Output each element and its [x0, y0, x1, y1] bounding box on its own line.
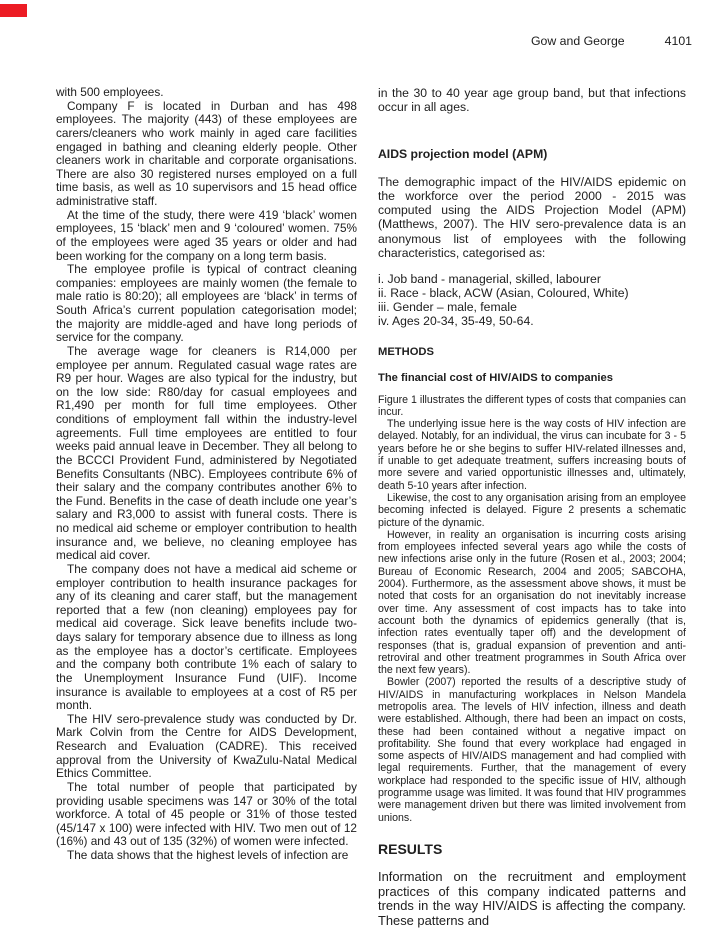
paragraph: However, in reality an organisation is i… [378, 529, 686, 677]
list-item: ii. Race - black, ACW (Asian, Coloured, … [378, 286, 686, 300]
running-header: Gow and George4101 [531, 34, 692, 48]
right-column: in the 30 to 40 year age group band, but… [378, 86, 686, 929]
paragraph: Bowler (2007) reported the results of a … [378, 676, 686, 824]
list-item: iii. Gender – male, female [378, 300, 686, 314]
paragraph: in the 30 to 40 year age group band, but… [378, 86, 686, 114]
paragraph: At the time of the study, there were 419… [56, 209, 357, 264]
paragraph: The HIV sero-prevalence study was conduc… [56, 713, 357, 781]
header-authors: Gow and George [531, 34, 625, 48]
paragraph: The employee profile is typical of contr… [56, 263, 357, 345]
paragraph: Figure 1 illustrates the different types… [378, 394, 686, 419]
section-subheading-financial-cost: The financial cost of HIV/AIDS to compan… [378, 372, 686, 385]
section-heading-results: RESULTS [378, 842, 686, 857]
list-item: iv. Ages 20-34, 35-49, 50-64. [378, 314, 686, 328]
paragraph: The total number of people that particip… [56, 781, 357, 849]
paragraph: The company does not have a medical aid … [56, 563, 357, 713]
paragraph: The data shows that the highest levels o… [56, 849, 357, 863]
section-heading-aids-projection-model: AIDS projection model (APM) [378, 147, 686, 161]
left-column: with 500 employees.Company F is located … [56, 86, 357, 863]
paragraph: The underlying issue here is the way cos… [378, 418, 686, 492]
red-marker [0, 4, 27, 17]
paragraph: Information on the recruitment and emplo… [378, 870, 686, 929]
header-page-number: 4101 [665, 34, 692, 48]
paragraph: The demographic impact of the HIV/AIDS e… [378, 175, 686, 260]
page: Gow and George4101 with 500 employees.Co… [0, 0, 728, 943]
section-heading-methods: METHODS [378, 346, 686, 359]
paragraph: with 500 employees. [56, 86, 357, 100]
paragraph: The average wage for cleaners is R14,000… [56, 345, 357, 563]
paragraph: Company F is located in Durban and has 4… [56, 100, 357, 209]
list-item: i. Job band - managerial, skilled, labou… [378, 272, 686, 286]
paragraph: Likewise, the cost to any organisation a… [378, 492, 686, 529]
